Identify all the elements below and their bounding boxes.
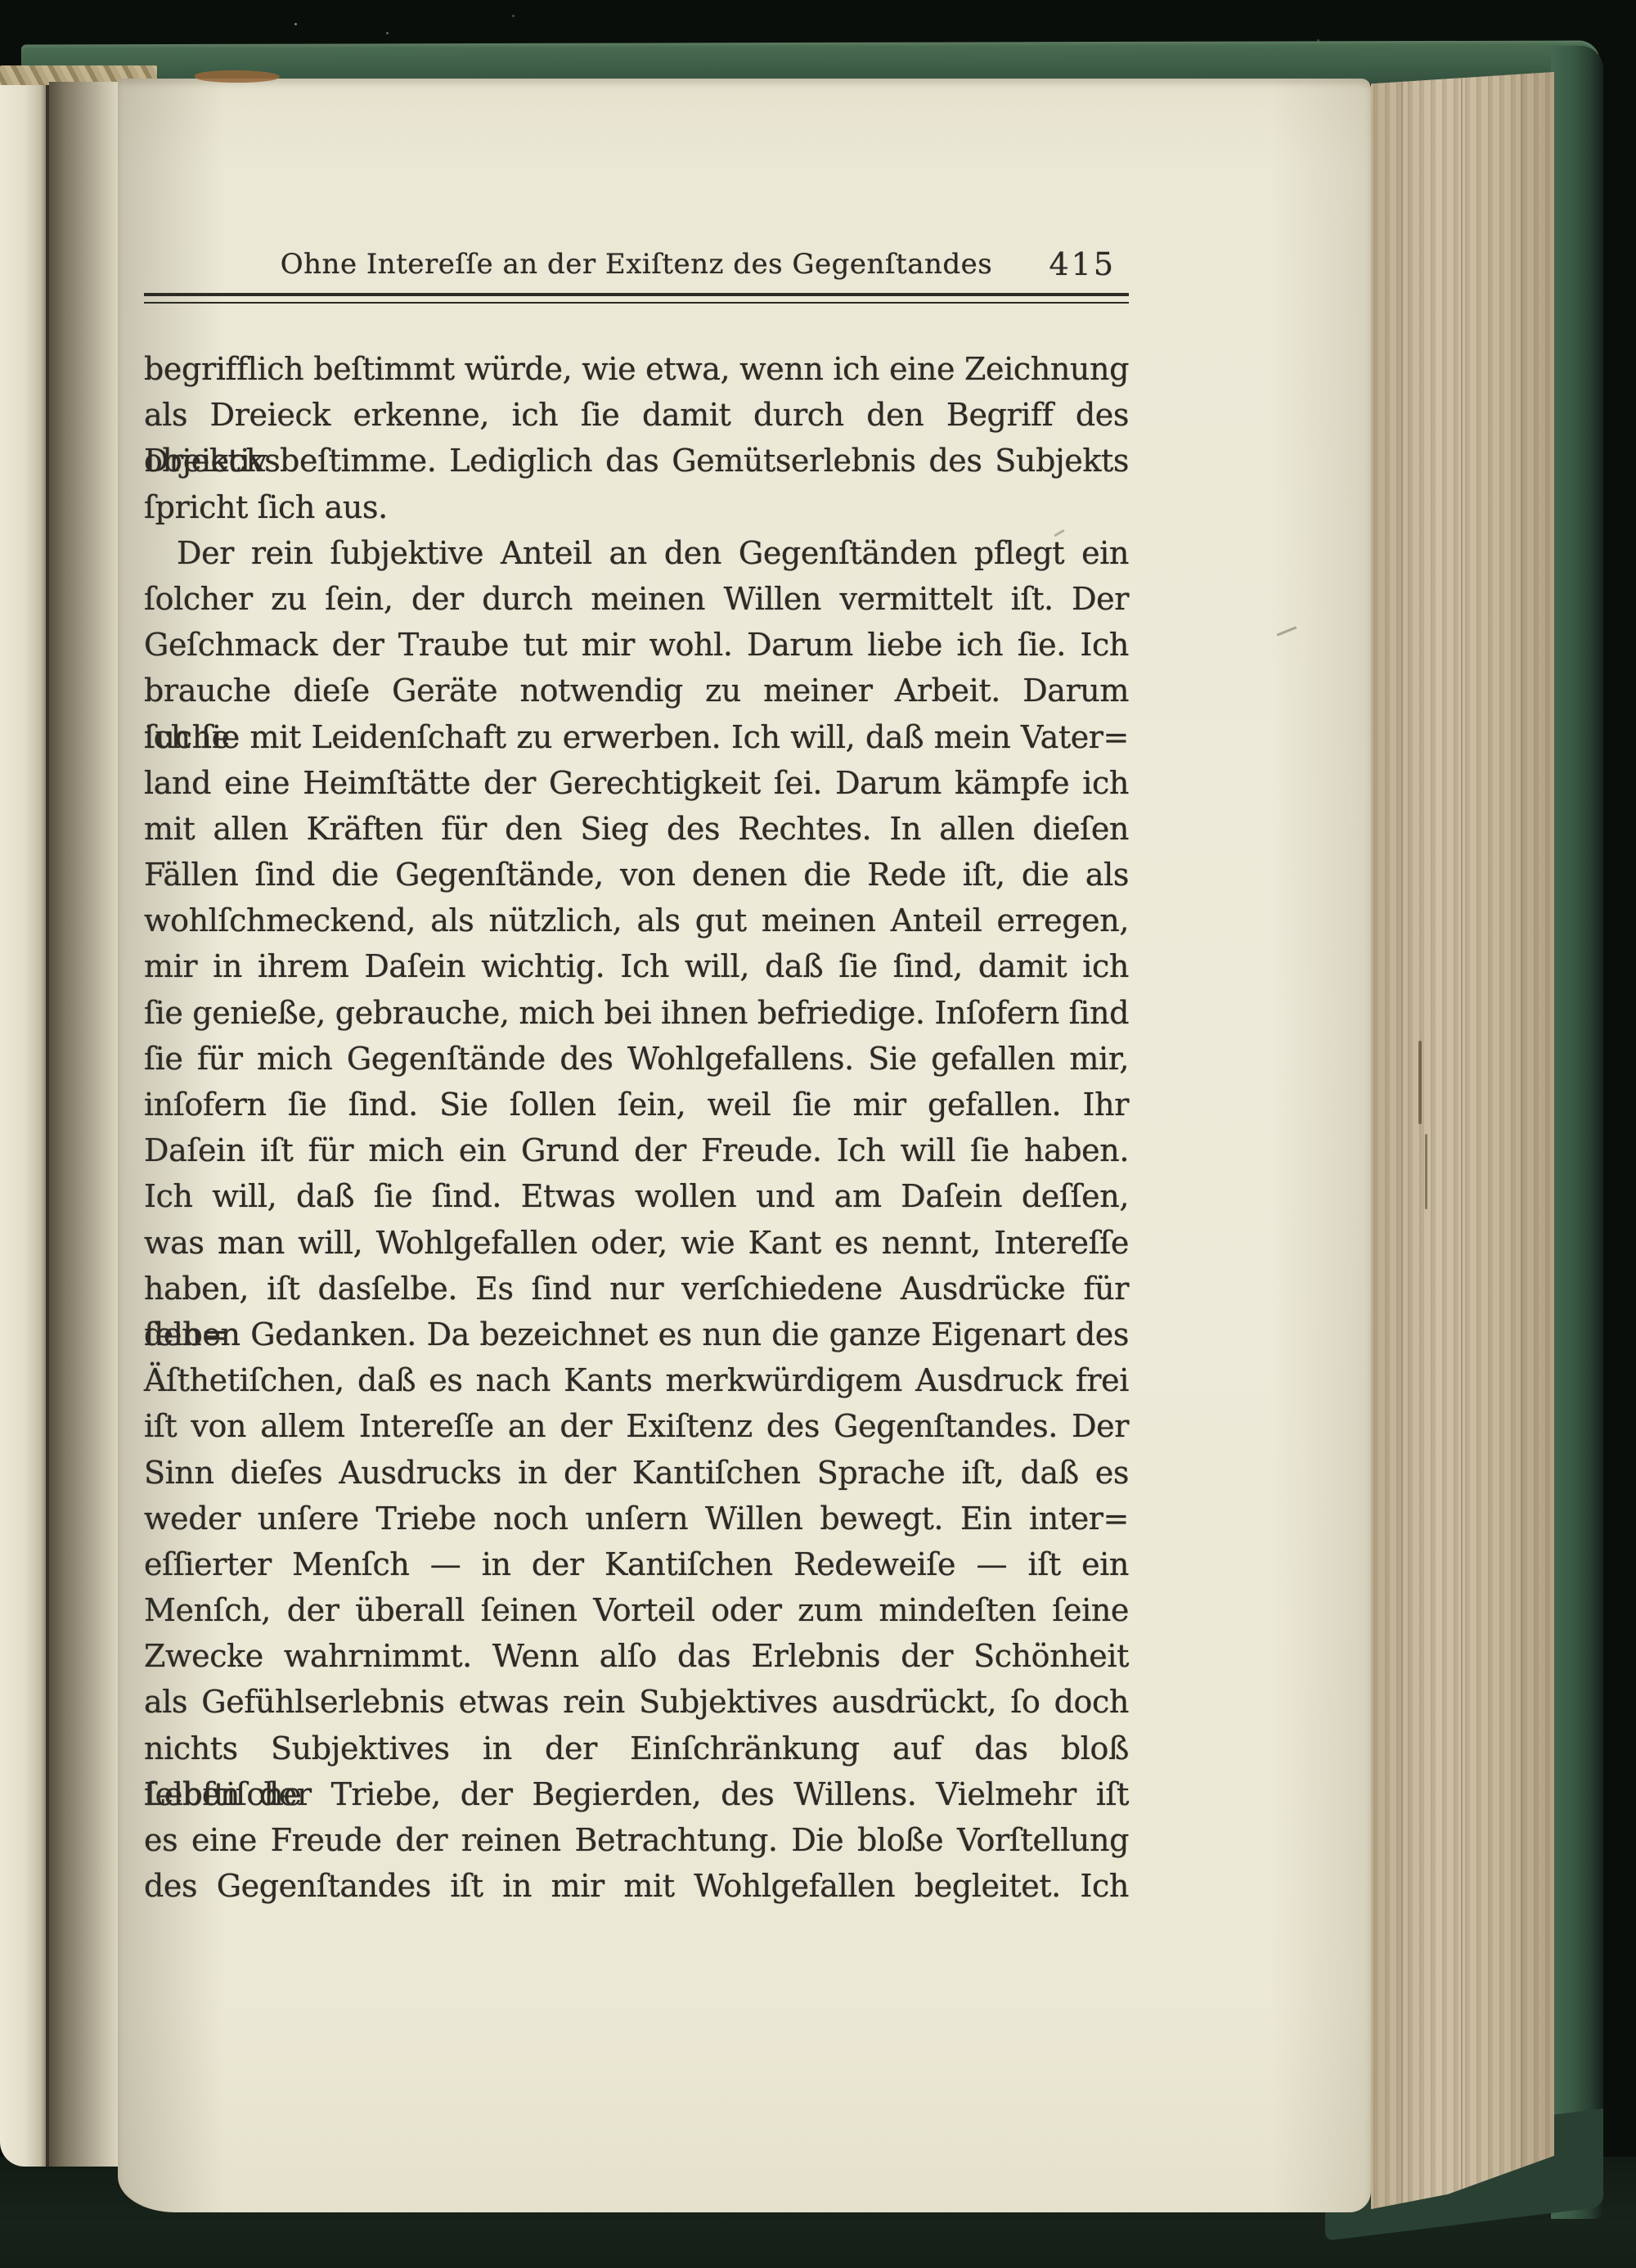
fore-edge-streak <box>1425 1134 1427 1209</box>
text-line: ich ſie mit Leidenſchaft zu erwerben. Ic… <box>144 714 1129 760</box>
book-photo: Ohne Intereſſe an der Exiſtenz des Gegen… <box>0 0 1636 2268</box>
text-line: als Gefühlserlebnis etwas rein Subjektiv… <box>144 1679 1129 1725</box>
fore-edge-pages <box>1371 72 1554 2209</box>
text-line: Äſthetiſchen, daß es nach Kants merkwürd… <box>144 1357 1129 1403</box>
text-line: Der rein ſubjektive Anteil an den Gegenſ… <box>144 530 1129 576</box>
text-line: Menſch, der überall ſeinen Vorteil oder … <box>144 1587 1129 1633</box>
text-line: wohlſchmeckend, als nützlich, als gut me… <box>144 898 1129 943</box>
dust-specks <box>294 23 297 25</box>
text-line: land eine Heimſtätte der Gerechtigkeit ſ… <box>144 760 1129 806</box>
paper-chip-mark <box>195 70 280 83</box>
text-line: Daſein iſt für mich ein Grund der Freude… <box>144 1127 1129 1173</box>
header-rule <box>144 293 1129 304</box>
text-line: eſſierter Menſch — in der Kantiſchen Red… <box>144 1541 1129 1587</box>
book-cover-right-edge <box>1551 46 1603 2219</box>
text-line: Fällen ſind die Gegenſtände, von denen d… <box>144 852 1129 898</box>
running-header: Ohne Intereſſe an der Exiſtenz des Gegen… <box>144 244 1129 285</box>
page-number: 415 <box>1049 244 1116 285</box>
text-line: nichts Subjektives in der Einſchränkung … <box>144 1726 1129 1771</box>
text-line: als Dreieck erkenne, ich ſie damit durch… <box>144 392 1129 438</box>
text-line: begrifflich beſtimmt würde, wie etwa, we… <box>144 346 1129 392</box>
text-block: begrifflich beſtimmt würde, wie etwa, we… <box>144 346 1129 1909</box>
text-line: iſt von allem Intereſſe an der Exiſtenz … <box>144 1403 1129 1449</box>
text-line: mir in ihrem Daſein wichtig. Ich will, d… <box>144 943 1129 989</box>
text-line: mit allen Kräften für den Sieg des Recht… <box>144 806 1129 852</box>
text-line: ſelben Gedanken. Da bezeichnet es nun di… <box>144 1312 1129 1357</box>
running-title: Ohne Intereſſe an der Exiſtenz des Gegen… <box>144 244 1129 285</box>
fore-edge-streak <box>1418 1041 1422 1124</box>
text-line: was man will, Wohlgefallen oder, wie Kan… <box>144 1220 1129 1266</box>
text-line: ſie genieße, gebrauche, mich bei ihnen b… <box>144 990 1129 1036</box>
text-line: brauche dieſe Geräte notwendig zu meiner… <box>144 668 1129 713</box>
text-line: des Gegenſtandes iſt in mir mit Wohlgefa… <box>144 1863 1129 1909</box>
printed-content: Ohne Intereſſe an der Exiſtenz des Gegen… <box>144 244 1129 1909</box>
text-line: Ich will, daß ſie ſind. Etwas wollen und… <box>144 1173 1129 1219</box>
text-line: ſpricht ſich aus. <box>144 484 1129 530</box>
text-line: ſie für mich Gegenſtände des Wohlgefalle… <box>144 1036 1129 1082</box>
text-line: Geſchmack der Traube tut mir wohl. Darum… <box>144 622 1129 668</box>
text-line: objektiv beſtimme. Lediglich das Gemütse… <box>144 438 1129 484</box>
gutter-shadow <box>49 82 119 2167</box>
text-line: Zwecke wahrnimmt. Wenn alſo das Erlebnis… <box>144 1633 1129 1679</box>
text-line: es eine Freude der reinen Betrachtung. D… <box>144 1817 1129 1863</box>
text-line: haben, iſt dasſelbe. Es ſind nur verſchi… <box>144 1266 1129 1312</box>
text-line: weder unſere Triebe noch unſern Willen b… <box>144 1496 1129 1541</box>
facing-page-edge <box>0 85 49 2167</box>
text-line: Leben der Triebe, der Begierden, des Wil… <box>144 1771 1129 1817</box>
text-line: ſolcher zu ſein, der durch meinen Willen… <box>144 576 1129 622</box>
text-line: inſofern ſie ſind. Sie ſollen ſein, weil… <box>144 1082 1129 1127</box>
text-line: Sinn dieſes Ausdrucks in der Kantiſchen … <box>144 1450 1129 1496</box>
